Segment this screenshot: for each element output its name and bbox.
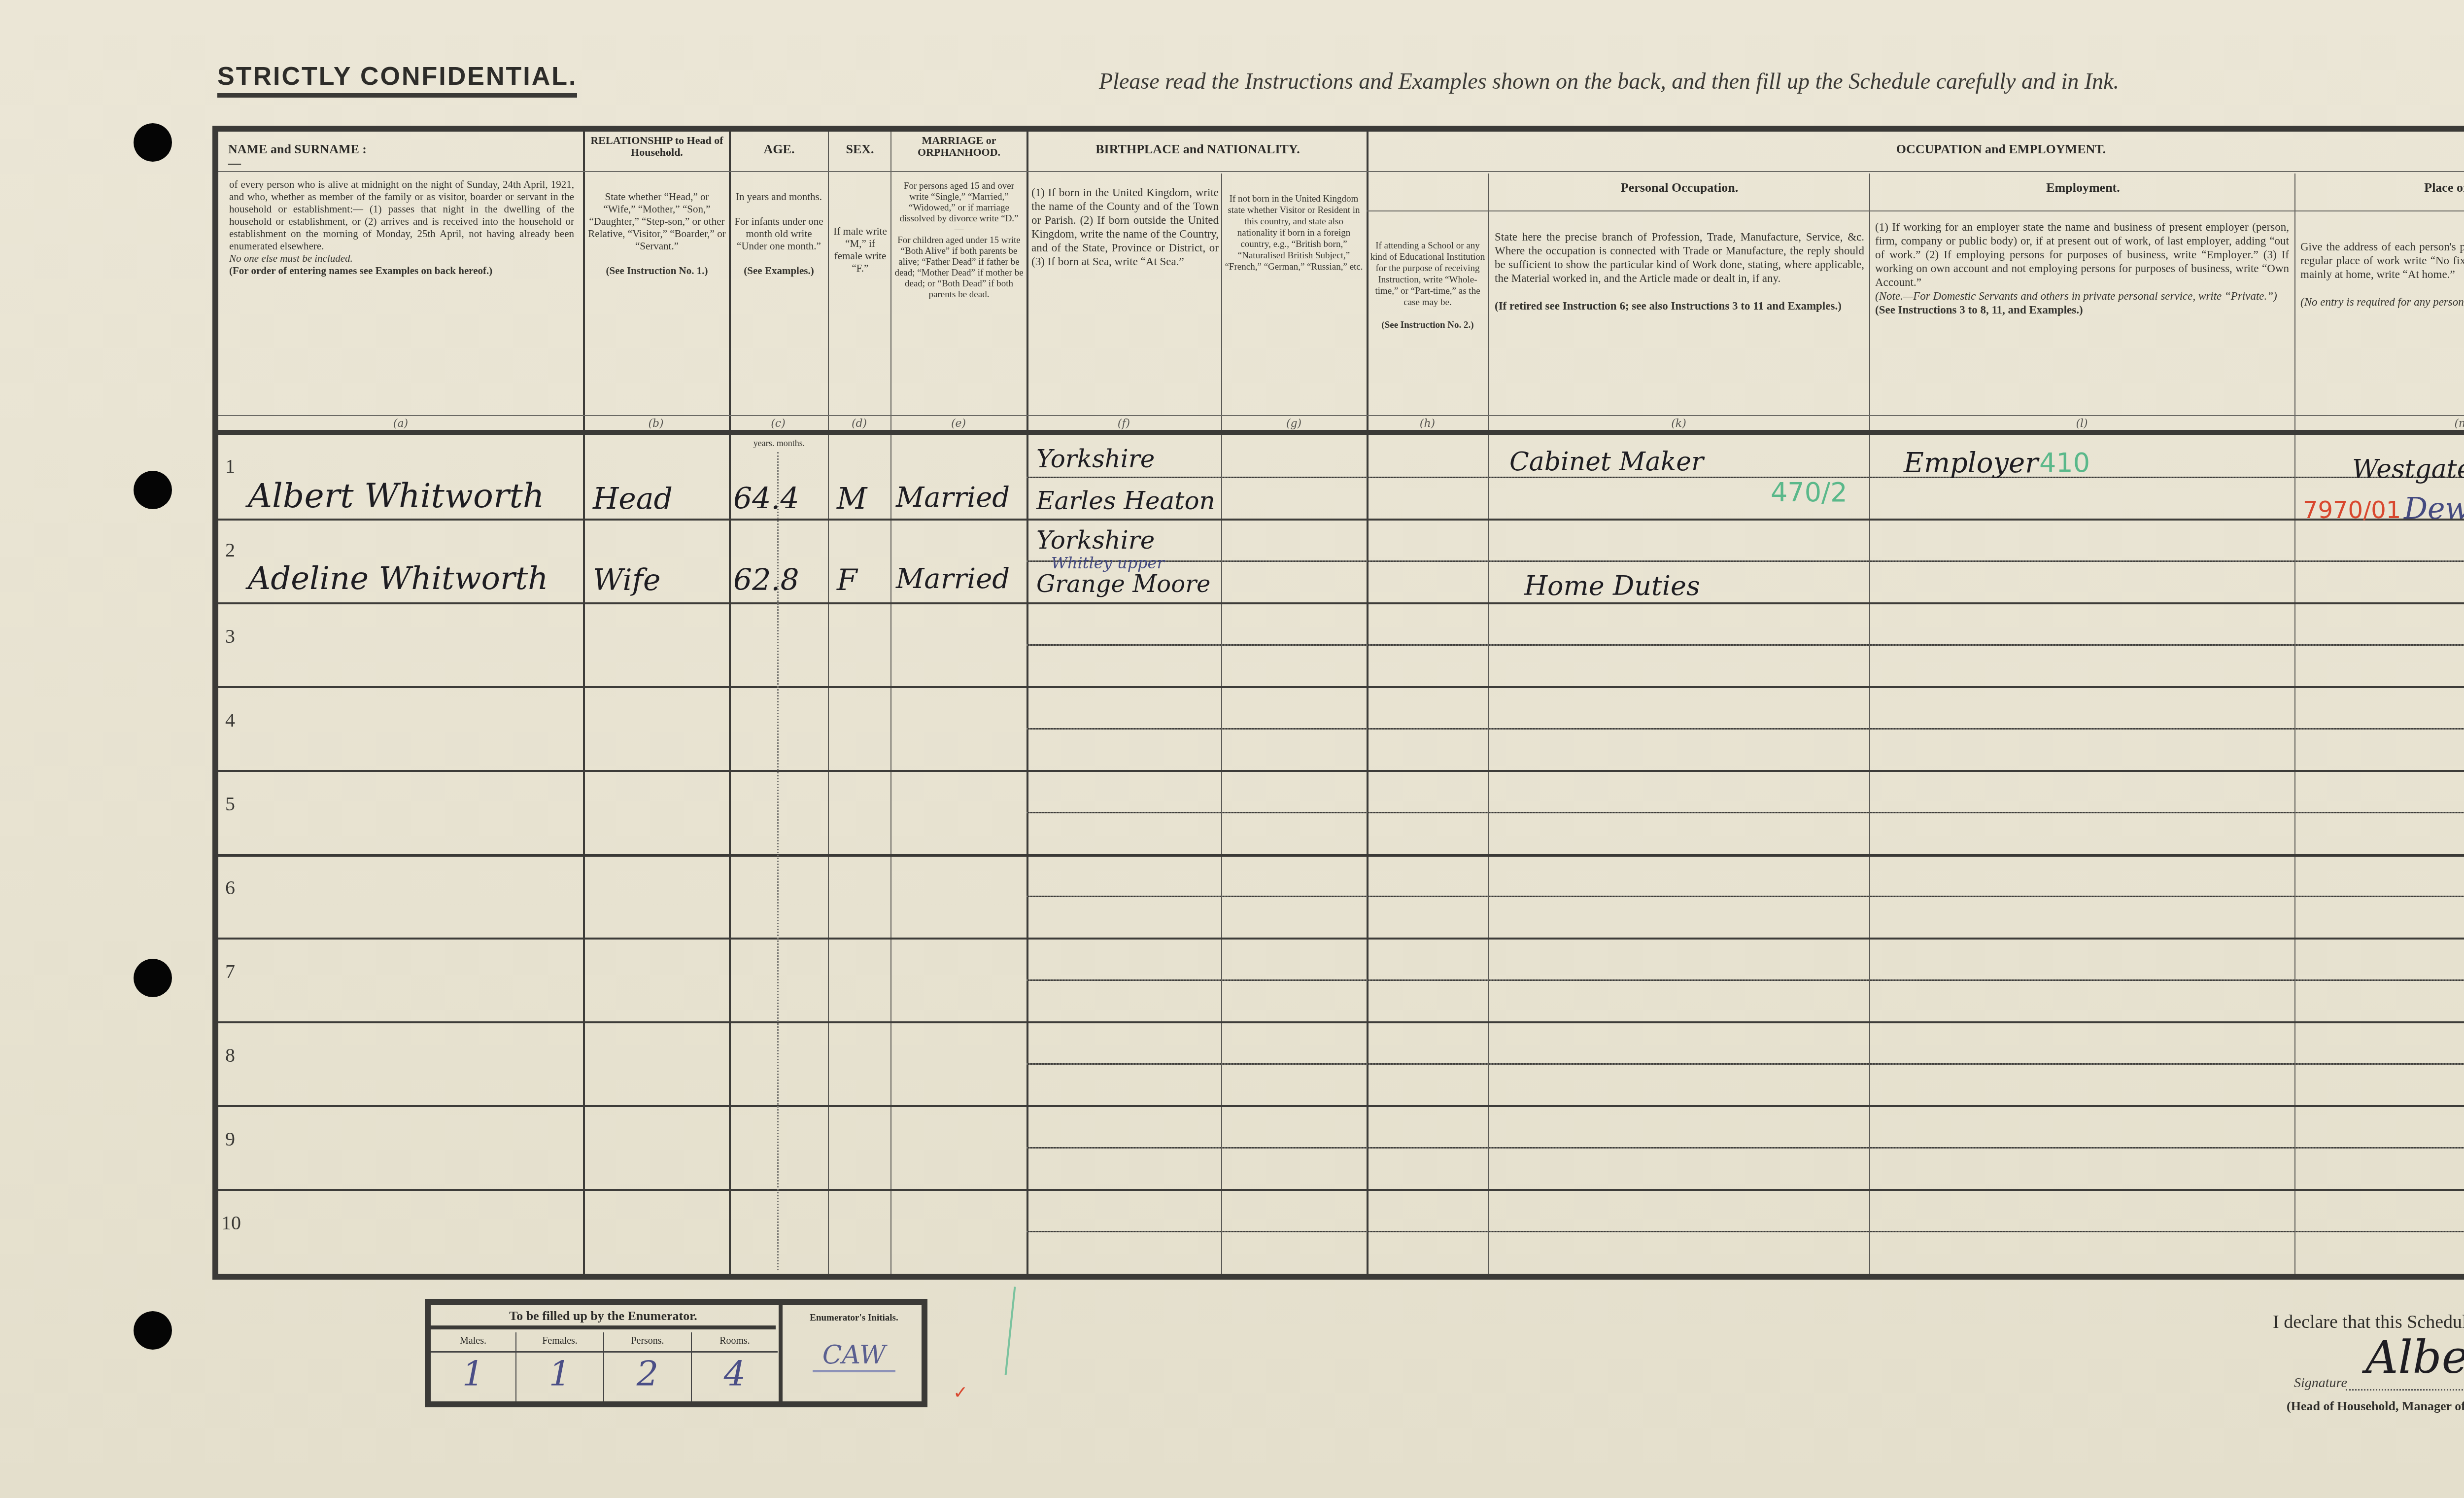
heading-age: AGE.	[731, 142, 827, 156]
col-divider	[1027, 132, 1028, 1274]
col-divider	[1488, 174, 1489, 1274]
row-number: 6	[225, 876, 235, 899]
occupation-field[interactable]: Home Duties	[1524, 570, 1700, 601]
declaration-text: I declare that this Schedule is correctl…	[2273, 1311, 2464, 1333]
row-subrule	[1027, 1231, 2464, 1232]
row-rule	[218, 1021, 2464, 1023]
instr-sex: If male write “M,” if female write “F.”	[832, 225, 889, 275]
row-rule	[218, 1189, 2464, 1191]
males-value[interactable]: 1	[431, 1354, 515, 1394]
row-rule	[218, 602, 2464, 604]
col-divider	[890, 132, 891, 1274]
row-subrule	[1027, 812, 2464, 813]
heading-personal-occupation: Personal Occupation.	[1490, 181, 1869, 195]
instr-name: of every person who is alive at midnight…	[229, 178, 574, 277]
col-letter-e: (e)	[890, 418, 1027, 430]
females-value[interactable]: 1	[516, 1354, 603, 1394]
row-number: 10	[221, 1211, 241, 1234]
row-subrule	[1027, 728, 2464, 730]
instr-personal-occupation: State here the precise branch of Profess…	[1495, 230, 1864, 313]
row-subrule	[1027, 560, 2464, 562]
punch-hole-icon	[134, 471, 172, 509]
fill-instructions: Please read the Instructions and Example…	[1099, 68, 2119, 94]
heading-sex: SEX.	[829, 142, 890, 156]
instr-marriage: For persons aged 15 and over write “Sing…	[894, 181, 1024, 300]
employment-field[interactable]: Employer	[1904, 447, 2038, 479]
name-field[interactable]: Adeline Whitworth	[248, 560, 548, 597]
instr-birthplace: (1) If born in the United Kingdom, write…	[1031, 186, 1219, 269]
col-letter-a: (a)	[218, 418, 583, 430]
instr-nationality: If not born in the United Kingdom state …	[1224, 193, 1364, 273]
col-divider	[1367, 132, 1369, 1274]
census-schedule-page: STRICTLY CONFIDENTIAL. Please read the I…	[0, 0, 2464, 1498]
birthplace-county-field[interactable]: Yorkshire	[1036, 445, 1155, 473]
heading-marriage: MARRIAGE or ORPHANHOOD.	[892, 135, 1026, 158]
enumerator-initials-cell: Enumerator's Initials. CAW	[779, 1305, 925, 1401]
age-field[interactable]: 62.8	[733, 563, 799, 597]
females-cell: Females. 1	[516, 1332, 604, 1401]
row-subrule	[1027, 979, 2464, 981]
col-letter-c: (c)	[729, 418, 827, 430]
row-rule-section	[218, 854, 2464, 857]
punch-hole-icon	[134, 123, 172, 162]
males-label: Males.	[431, 1332, 515, 1353]
place-of-work-town-field[interactable]: Dewsbury	[2404, 491, 2464, 526]
col-letter-l: (l)	[1869, 418, 2294, 430]
row-subrule	[1027, 1063, 2464, 1065]
col-letter-b: (b)	[583, 418, 729, 430]
confidential-title: STRICTLY CONFIDENTIAL.	[217, 62, 577, 98]
header-rule	[1367, 210, 2464, 211]
males-cell: Males. 1	[431, 1332, 516, 1401]
row-number: 7	[225, 960, 235, 983]
place-code: 7970/01	[2303, 496, 2401, 524]
row-number: 4	[225, 708, 235, 732]
punch-hole-icon	[134, 959, 172, 997]
marriage-field[interactable]: Married	[896, 482, 1010, 514]
col-letter-f: (f)	[1027, 418, 1221, 430]
col-divider	[583, 132, 585, 1274]
birthplace-town-field[interactable]: Grange Moore	[1036, 570, 1211, 598]
row-number: 9	[225, 1127, 235, 1150]
row-rule	[218, 938, 2464, 940]
signature-note: (Head of Household, Manager of Establish…	[2287, 1399, 2464, 1414]
col-letter-m: (m)	[2294, 418, 2464, 430]
rooms-cell: Rooms. 4	[692, 1332, 778, 1401]
heading-birthplace: BIRTHPLACE and NATIONALITY.	[1029, 142, 1367, 156]
signature-label: Signature	[2294, 1375, 2347, 1391]
col-letter-g: (g)	[1221, 418, 1367, 430]
instr-relationship: State whether “Head,” or “Wife,” “Mother…	[588, 191, 726, 277]
instr-age: In years and months. For infants under o…	[733, 191, 824, 277]
sex-field[interactable]: M	[837, 482, 867, 516]
name-field[interactable]: Albert Whitworth	[248, 477, 545, 516]
heading-occupation: OCCUPATION and EMPLOYMENT.	[1369, 142, 2464, 156]
occupation-field[interactable]: Cabinet Maker	[1509, 447, 1704, 477]
row-subrule	[1027, 477, 2464, 478]
header-rule	[218, 415, 2464, 416]
signature-line	[2346, 1389, 2464, 1391]
col-divider	[1221, 174, 1222, 1274]
row-subrule	[1027, 1147, 2464, 1149]
col-letter-d: (d)	[828, 418, 890, 430]
col-divider	[1869, 174, 1870, 1274]
row-subrule	[1027, 896, 2464, 897]
sex-field[interactable]: F	[837, 563, 857, 597]
col-divider	[2294, 174, 2295, 1274]
age-subhead: years. months.	[731, 437, 827, 450]
birthplace-town-field[interactable]: Earles Heaton	[1036, 487, 1215, 515]
row-number: 1	[225, 454, 235, 478]
occupation-code: 470/2	[1771, 477, 1848, 508]
females-label: Females.	[516, 1332, 603, 1353]
persons-value[interactable]: 2	[604, 1354, 691, 1394]
green-pencil-stroke	[1005, 1287, 1016, 1375]
census-table: NAME and SURNAME :— RELATIONSHIP to Head…	[212, 126, 2464, 1280]
col-letter-k: (k)	[1488, 418, 1869, 430]
marriage-field[interactable]: Married	[896, 563, 1010, 595]
row-rule	[218, 519, 2464, 521]
rooms-label: Rooms.	[692, 1332, 778, 1353]
relationship-field[interactable]: Wife	[593, 563, 661, 597]
row-number: 5	[225, 792, 235, 815]
birthplace-county-field[interactable]: Yorkshire	[1036, 526, 1155, 555]
initials-label: Enumerator's Initials.	[783, 1305, 925, 1324]
heading-employment: Employment.	[1872, 181, 2294, 195]
heading-place-of-work: Place of Work.	[2296, 181, 2464, 195]
initials-value[interactable]: CAW	[813, 1340, 896, 1372]
instr-education: If attending a School or any kind of Edu…	[1369, 240, 1486, 331]
row-number: 2	[225, 538, 235, 561]
signature-field[interactable]: Albert Whitworth	[2365, 1331, 2464, 1384]
rooms-value[interactable]: 4	[692, 1354, 778, 1394]
employment-code: 410	[2039, 447, 2090, 478]
persons-cell: Persons. 2	[604, 1332, 692, 1401]
punch-hole-icon	[134, 1311, 172, 1350]
place-of-work-field[interactable]: Westgate	[2352, 454, 2464, 484]
birthplace-note: Whitley upper	[1051, 554, 1164, 572]
row-number: 3	[225, 625, 235, 648]
row-rule	[218, 686, 2464, 688]
enumerator-summary-box: To be filled up by the Enumerator. Males…	[425, 1299, 927, 1407]
heading-name: NAME and SURNAME :—	[228, 142, 376, 170]
header-bottom-rule	[218, 430, 2464, 435]
col-divider	[729, 132, 731, 1274]
check-mark-icon: ✓	[953, 1383, 968, 1403]
instr-place-of-work: Give the address of each person's place …	[2300, 240, 2464, 309]
relationship-field[interactable]: Head	[593, 482, 673, 516]
row-number: 8	[225, 1044, 235, 1067]
persons-label: Persons.	[604, 1332, 691, 1353]
row-rule	[218, 1105, 2464, 1107]
col-letter-h: (h)	[1367, 418, 1488, 430]
row-subrule	[1027, 644, 2464, 646]
heading-relationship: RELATIONSHIP to Head of Household.	[585, 135, 728, 158]
enumerator-box-header: To be filled up by the Enumerator.	[431, 1309, 776, 1329]
instr-employment: (1) If working for an employer state the…	[1875, 220, 2289, 317]
row-rule	[218, 770, 2464, 772]
age-field[interactable]: 64.4	[733, 482, 799, 516]
col-divider	[828, 132, 829, 1274]
header-rule	[218, 171, 2464, 172]
